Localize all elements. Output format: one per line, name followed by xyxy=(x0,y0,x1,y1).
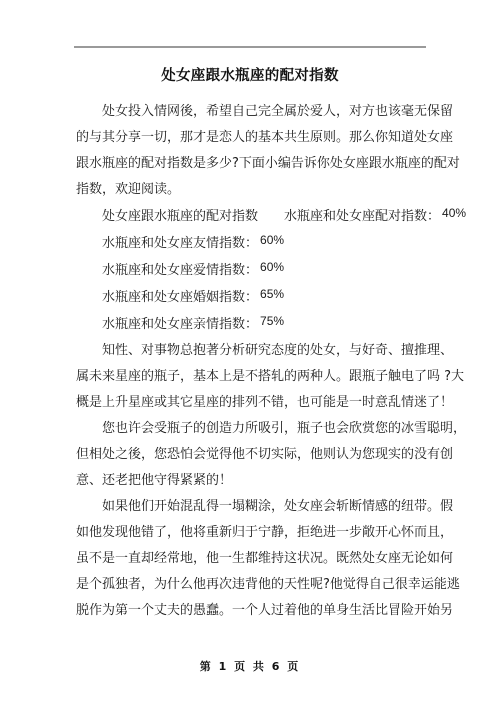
text-line: 指数，欢迎阅读。 xyxy=(76,177,426,203)
document-body: 处女投入情网後，希望自己完全属於爱人，对方也该毫无保留 的与其分享一切，那才是恋… xyxy=(76,99,426,624)
index-label: 水瓶座和处女座配对指数： xyxy=(284,209,440,224)
index-label: 水瓶座和处女座爱情指数： xyxy=(102,263,258,278)
document-title: 处女座跟水瓶座的配对指数 xyxy=(0,64,500,85)
index-value: 60% xyxy=(260,260,284,274)
index-value: 60% xyxy=(260,233,284,247)
paragraph-4: 如果他们开始混乱得一塌糊涂，处女座会斩断情感的纽带。假 如他发现他错了，他将重新… xyxy=(76,494,426,624)
intro-paragraph: 处女投入情网後，希望自己完全属於爱人，对方也该毫无保留 的与其分享一切，那才是恋… xyxy=(76,99,426,203)
index-heading: 处女座跟水瓶座的配对指数 xyxy=(102,209,258,224)
text-line: 如他发现他错了，他将重新归于宁静，拒绝进一步敞开心怀而且， xyxy=(76,520,426,546)
index-value: 75% xyxy=(260,314,284,328)
page-footer: 第 1 页 共 6 页 xyxy=(0,658,500,674)
index-row-pairing: 处女座跟水瓶座的配对指数水瓶座和处女座配对指数：40% xyxy=(76,203,426,230)
text-line: 的与其分享一切，那才是恋人的基本共生原则。那么你知道处女座 xyxy=(76,125,426,151)
index-row-marriage: 水瓶座和处女座婚姻指数：65% xyxy=(76,284,426,311)
text-line: 但相处之後，您恐怕会觉得他不切实际，他则认为您现实的没有创 xyxy=(76,442,426,468)
text-line: 处女投入情网後，希望自己完全属於爱人，对方也该毫无保留 xyxy=(76,99,426,125)
index-row-family: 水瓶座和处女座亲情指数：75% xyxy=(76,311,426,338)
index-row-love: 水瓶座和处女座爱情指数：60% xyxy=(76,257,426,284)
text-line: 脱作为第一个丈夫的愚蠢。一个人过着他的单身生活比冒险开始另 xyxy=(76,598,426,624)
index-row-friendship: 水瓶座和处女座友情指数：60% xyxy=(76,230,426,257)
text-line: 跟水瓶座的配对指数是多少?下面小编告诉你处女座跟水瓶座的配对 xyxy=(76,151,426,177)
index-label: 水瓶座和处女座婚姻指数： xyxy=(102,290,258,305)
text-line: 属未来星座的瓶子，基本上是不搭轧的两种人。跟瓶子触电了吗 ?大 xyxy=(76,364,426,390)
index-value: 65% xyxy=(260,287,284,301)
index-list: 处女座跟水瓶座的配对指数水瓶座和处女座配对指数：40% 水瓶座和处女座友情指数：… xyxy=(76,203,426,338)
index-label: 水瓶座和处女座亲情指数： xyxy=(102,317,258,332)
paragraph-3: 您也许会受瓶子的创造力所吸引，瓶子也会欣赏您的冰雪聪明， 但相处之後，您恐怕会觉… xyxy=(76,416,426,494)
text-line: 您也许会受瓶子的创造力所吸引，瓶子也会欣赏您的冰雪聪明， xyxy=(76,416,426,442)
paragraph-2: 知性、对事物总抱著分析研究态度的处女，与好奇、擅推理、 属未来星座的瓶子，基本上… xyxy=(76,338,426,416)
text-line: 是个孤独者，为什么他再次违背他的天性呢?他觉得自己很幸运能逃 xyxy=(76,572,426,598)
text-line: 概是上升星座或其它星座的排列不错，也可能是一时意乱情迷了！ xyxy=(76,390,426,416)
header-divider xyxy=(74,46,426,48)
text-line: 虽不是一直却经常地，他一生都维持这状况。既然处女座无论如何 xyxy=(76,546,426,572)
text-line: 如果他们开始混乱得一塌糊涂，处女座会斩断情感的纽带。假 xyxy=(76,494,426,520)
text-line: 知性、对事物总抱著分析研究态度的处女，与好奇、擅推理、 xyxy=(76,338,426,364)
index-label: 水瓶座和处女座友情指数： xyxy=(102,236,258,251)
index-value: 40% xyxy=(442,206,466,220)
text-line: 意、还老把他守得紧紧的！ xyxy=(76,468,426,494)
